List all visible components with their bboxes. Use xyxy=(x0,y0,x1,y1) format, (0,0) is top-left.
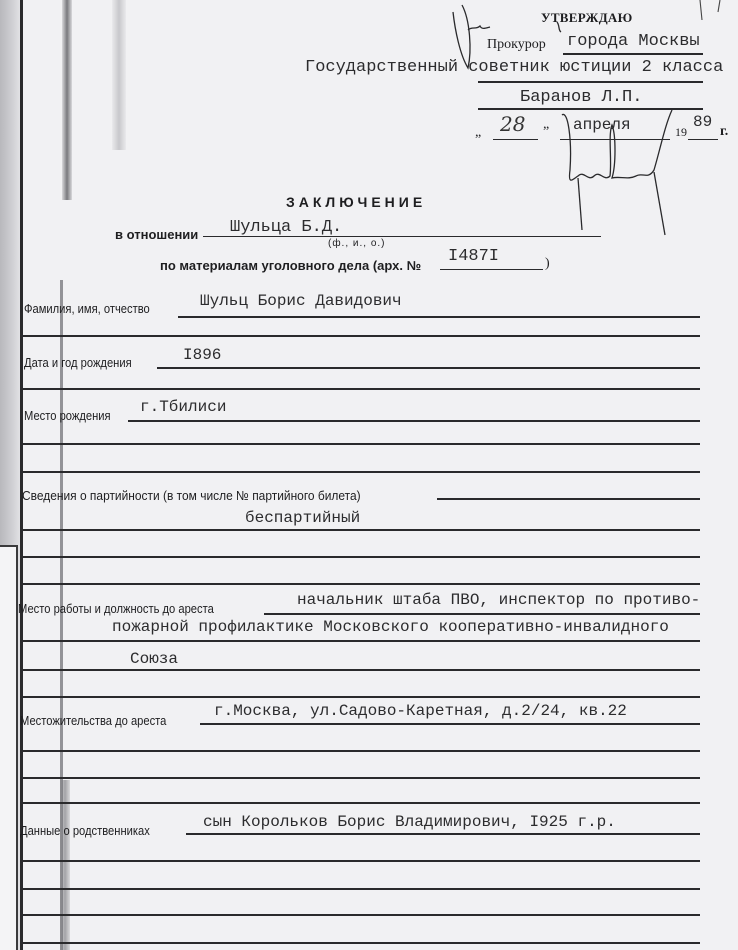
field-line xyxy=(264,613,700,615)
underline xyxy=(478,108,703,110)
approver-name: Баранов Л.П. xyxy=(520,88,642,107)
field-line xyxy=(157,367,700,369)
birth-place-label: Место рождения xyxy=(24,408,111,423)
field-line xyxy=(22,696,700,698)
underline xyxy=(203,236,601,237)
binding-shadow-line xyxy=(62,0,72,200)
full-name-label: Фамилия, имя, отчество xyxy=(24,301,150,316)
field-line xyxy=(22,583,700,585)
binding-shadow-line xyxy=(60,780,70,950)
relatives-label: Данные о родственниках xyxy=(20,823,150,838)
field-line xyxy=(22,777,700,779)
in-respect-value: Шульца Б.Д. xyxy=(230,218,342,237)
field-line xyxy=(22,888,700,890)
underline xyxy=(563,53,703,55)
fio-hint: (ф., и., о.) xyxy=(328,238,385,249)
work-value-line-2: пожарной профилактике Московского коопер… xyxy=(112,618,669,636)
position-value: города Москвы xyxy=(567,32,700,51)
field-line xyxy=(200,723,700,725)
date-suffix: г. xyxy=(720,124,728,140)
approval-title: УТВЕРЖДАЮ xyxy=(541,10,633,26)
date-month: апреля xyxy=(573,116,631,134)
field-line xyxy=(22,860,700,862)
field-line xyxy=(22,640,700,642)
underline xyxy=(688,139,718,140)
birth-date-label: Дата и год рождения xyxy=(24,355,132,370)
field-line xyxy=(22,335,700,337)
underline xyxy=(478,81,703,83)
date-open-quote: „ xyxy=(475,125,481,141)
party-value: беспартийный xyxy=(245,509,360,527)
date-close-quote: „ xyxy=(543,117,549,133)
field-line xyxy=(22,802,700,804)
case-close: ) xyxy=(545,256,550,272)
residence-value: г.Москва, ул.Садово-Каретная, д.2/24, кв… xyxy=(214,702,627,720)
field-line xyxy=(22,556,700,558)
field-line xyxy=(437,498,700,500)
case-number: I487I xyxy=(448,247,499,266)
document-title: ЗАКЛЮЧЕНИЕ xyxy=(286,194,426,210)
field-line xyxy=(128,420,700,422)
underline xyxy=(560,139,670,140)
field-line xyxy=(22,388,700,390)
page-tab-edge xyxy=(0,545,18,950)
field-line xyxy=(22,914,700,916)
field-line xyxy=(22,750,700,752)
underline xyxy=(493,139,538,140)
field-line xyxy=(22,443,700,445)
birth-place-value: г.Тбилиси xyxy=(140,398,226,416)
field-line xyxy=(22,942,700,944)
work-label: Место работы и должность до ареста xyxy=(18,601,214,616)
document-page: УТВЕРЖДАЮ Прокурор города Москвы Государ… xyxy=(0,0,738,950)
field-line xyxy=(22,529,700,531)
field-line xyxy=(22,471,700,473)
binding-edge-line xyxy=(20,0,23,950)
field-line xyxy=(178,316,700,318)
date-year: 89 xyxy=(693,113,712,131)
date-century: 19 xyxy=(675,125,687,140)
work-value-line-1: начальник штаба ПВО, инспектор по против… xyxy=(297,591,700,609)
date-day: 28 xyxy=(500,112,525,136)
relatives-value: сын Корольков Борис Владимирович, I925 г… xyxy=(203,813,616,831)
full-name-value: Шульц Борис Давидович xyxy=(200,292,402,310)
work-value-line-3: Союза xyxy=(130,650,178,668)
field-line xyxy=(186,833,700,835)
position-label: Прокурор xyxy=(487,37,546,53)
binding-shadow-line xyxy=(112,0,126,150)
rank-value: Государственный советник юстиции 2 класс… xyxy=(305,58,723,77)
party-label: Сведения о партийности (в том числе № па… xyxy=(22,488,361,503)
underline xyxy=(440,269,543,270)
in-respect-label: в отношении xyxy=(115,227,198,242)
case-label: по материалам уголовного дела (арх. № xyxy=(160,258,421,273)
field-line xyxy=(22,669,700,671)
residence-label: Местожительства до ареста xyxy=(20,713,166,728)
birth-date-value: I896 xyxy=(183,346,221,364)
